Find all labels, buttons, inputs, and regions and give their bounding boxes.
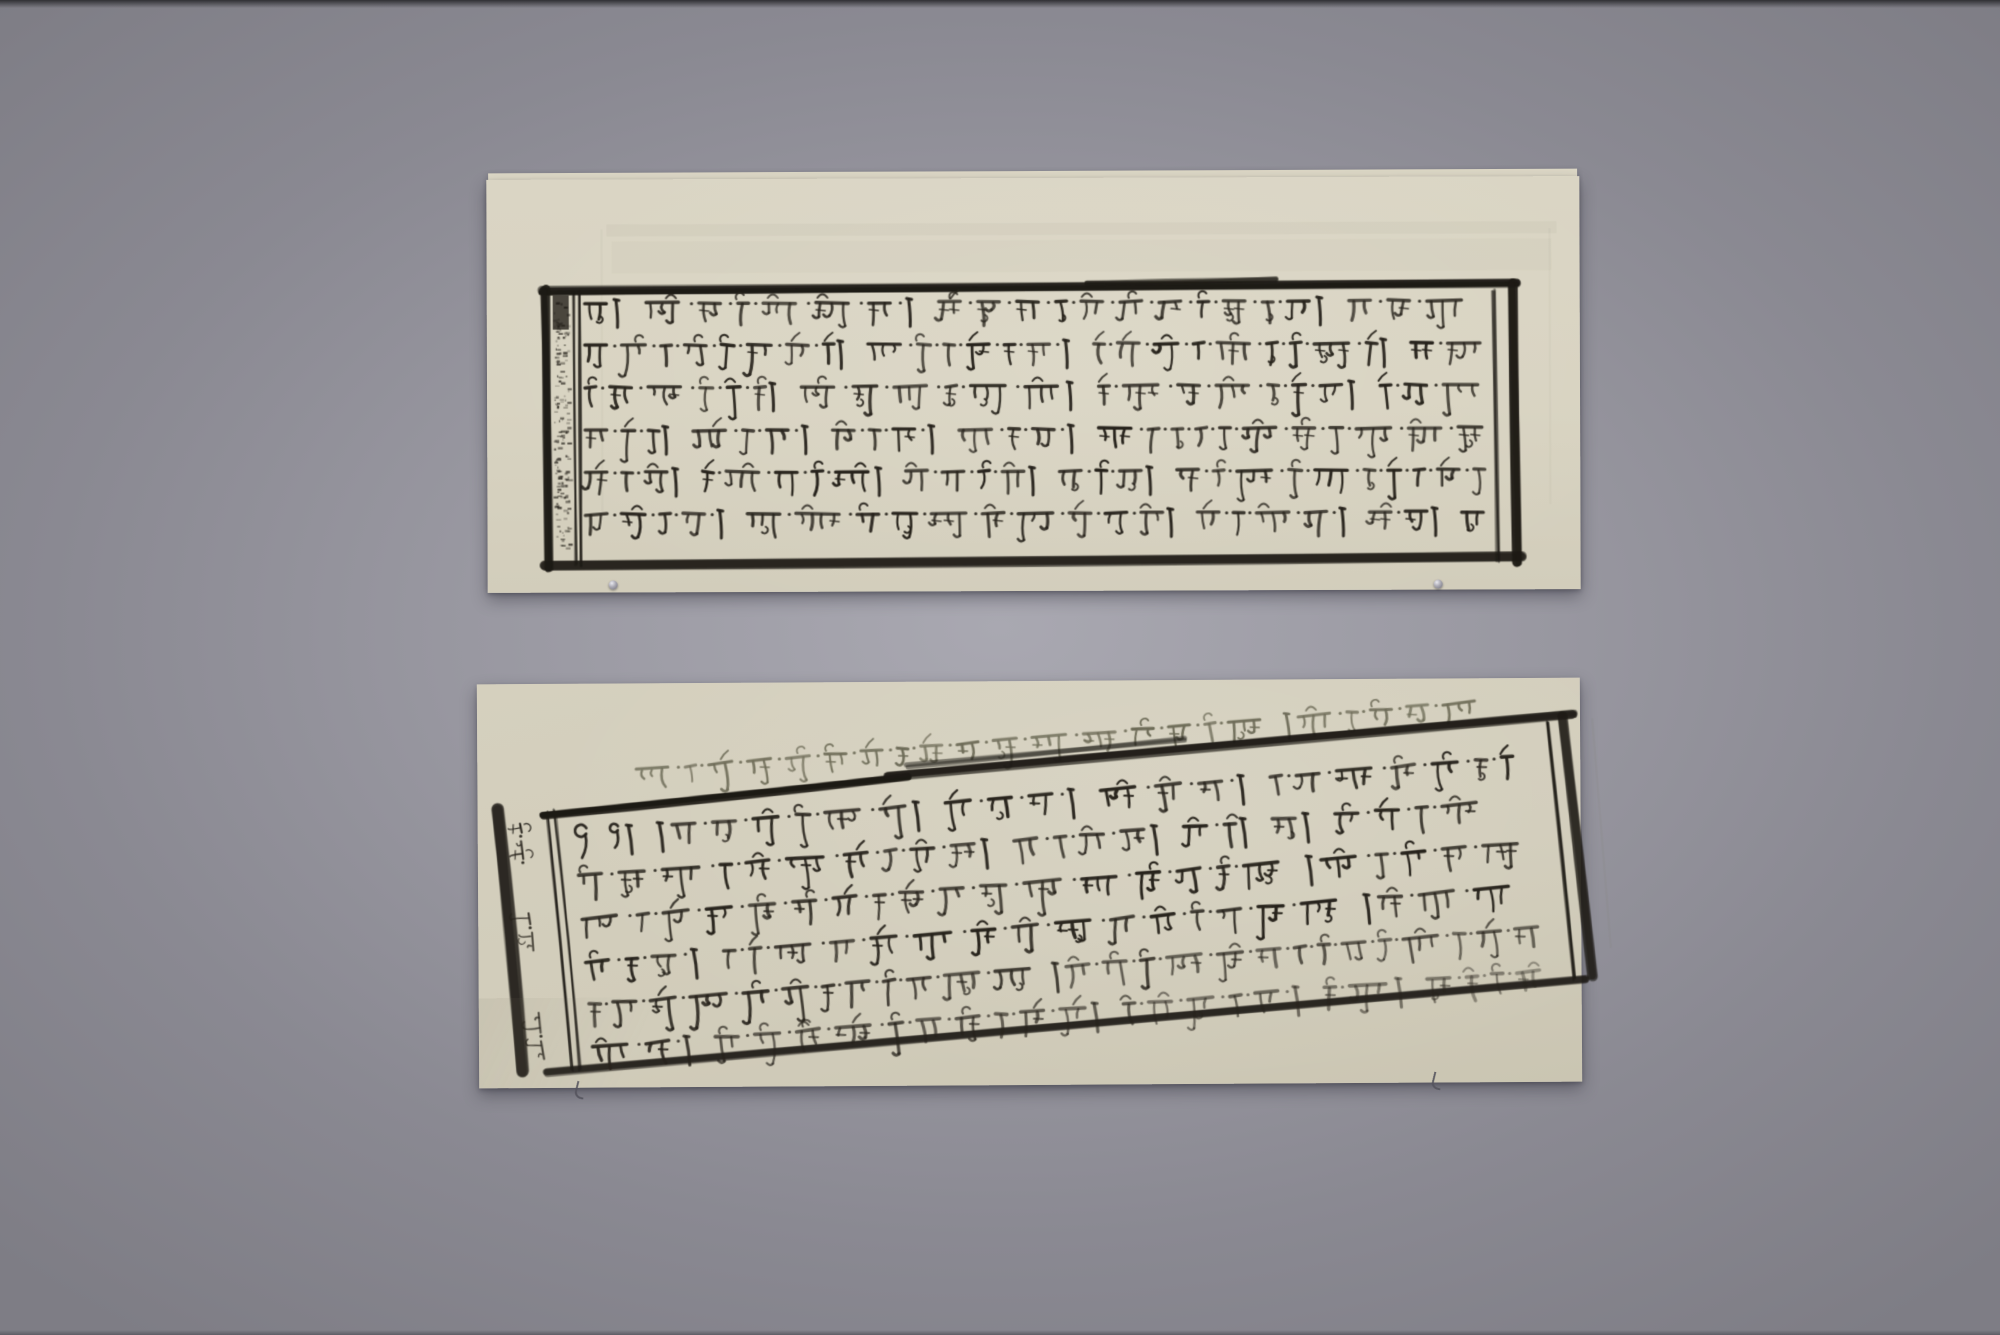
photo-bottom-edge-shadow — [0, 1330, 2000, 1335]
mount-pin-top-right — [1434, 580, 1443, 589]
mount-pin-top-left — [609, 580, 618, 589]
print-area-bottom — [485, 672, 1649, 1103]
folio-top-paper — [486, 176, 1580, 593]
mount-clip-bottom-right — [1430, 1072, 1444, 1091]
woodblock-print-bottom — [485, 672, 1649, 1103]
woodblock-print-top — [486, 176, 1580, 593]
photo-backdrop — [0, 0, 2000, 1335]
folio-bottom-paper — [477, 678, 1582, 1089]
photo-top-edge-shadow — [0, 0, 2000, 8]
